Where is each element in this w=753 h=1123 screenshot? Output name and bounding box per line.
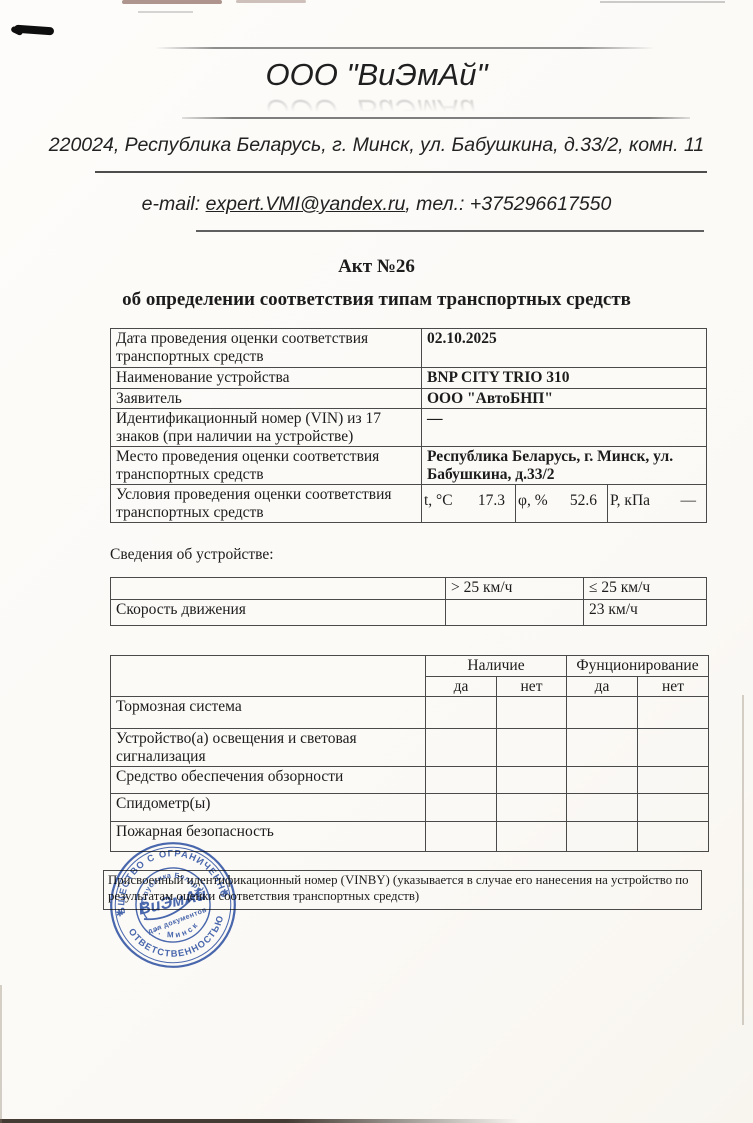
condition-value: 17.3 bbox=[478, 492, 505, 510]
stamp-star-right: ✱ bbox=[221, 887, 230, 898]
sub-header: да bbox=[426, 676, 497, 697]
details-table: Дата проведения оценки соответствия тран… bbox=[110, 328, 707, 523]
company-address: 220024, Республика Беларусь, г. Минск, у… bbox=[0, 134, 753, 157]
scan-edge-artifact bbox=[0, 985, 2, 1123]
company-name: ООО "ВиЭмАй" bbox=[0, 57, 753, 93]
table-row: Наименование устройства BNP CITY TRIO 31… bbox=[111, 368, 707, 389]
company-name-reflection: ООО "ВиЭмАй" bbox=[0, 92, 753, 128]
checklist-item: Спидометр(ы) bbox=[111, 794, 426, 822]
cell-empty bbox=[111, 578, 446, 600]
cell-label: Место проведения оценки соответствия тра… bbox=[111, 447, 422, 485]
condition-cell: Р, кПа— bbox=[608, 485, 707, 523]
cell-empty bbox=[567, 729, 638, 767]
cell-header: > 25 км/ч bbox=[446, 578, 584, 600]
cell-value: — bbox=[422, 409, 707, 447]
checklist-item: Устройство(а) освещения и световая сигна… bbox=[111, 729, 426, 767]
cell-value: 02.10.2025 bbox=[422, 329, 707, 368]
table-row: Средство обеспечения обзорности bbox=[111, 767, 709, 794]
cell-value bbox=[446, 600, 584, 626]
sub-header: нет bbox=[638, 676, 709, 697]
checklist-item: Тормозная система bbox=[111, 697, 426, 729]
cell-empty bbox=[638, 767, 709, 794]
cell-empty bbox=[638, 794, 709, 822]
company-stamp: ОБЩЕСТВО С ОГРАНИЧЕННОЙ ОТВЕТСТВЕННОСТЬЮ… bbox=[97, 829, 249, 981]
cell-header: ≤ 25 км/ч bbox=[584, 578, 707, 600]
table-row: Дата проведения оценки соответствия тран… bbox=[111, 329, 707, 368]
cell-label: Наименование устройства bbox=[111, 368, 422, 389]
table-row: Спидометр(ы) bbox=[111, 794, 709, 822]
table-row: Устройство(а) освещения и световая сигна… bbox=[111, 729, 709, 767]
cell-label: Заявитель bbox=[111, 388, 422, 409]
cell-empty bbox=[638, 729, 709, 767]
cell-empty bbox=[426, 729, 497, 767]
cell-empty bbox=[638, 822, 709, 852]
scan-edge-artifact bbox=[138, 11, 193, 13]
contact-line: e-mail: expert.VMI@yandex.ru, тел.: +375… bbox=[0, 193, 753, 216]
group-header: Фунционирование bbox=[567, 656, 709, 677]
table-row: Условия проведения оценки соответствия т… bbox=[111, 485, 707, 523]
cell-value: ООО "АвтоБНП" bbox=[422, 388, 707, 409]
cell-label: Дата проведения оценки соответствия тран… bbox=[111, 329, 422, 368]
checklist-table: Наличие Фунционирование да нет да нет То… bbox=[110, 655, 709, 852]
stamp-star-left: ✱ bbox=[115, 908, 124, 919]
cell-empty bbox=[567, 822, 638, 852]
cell-empty bbox=[426, 697, 497, 729]
scan-edge-artifact bbox=[600, 1, 725, 3]
cell-empty bbox=[497, 729, 567, 767]
table-row: Место проведения оценки соответствия тра… bbox=[111, 447, 707, 485]
cell-empty bbox=[497, 767, 567, 794]
divider bbox=[155, 47, 655, 49]
group-header: Наличие bbox=[426, 656, 567, 677]
cell-empty bbox=[426, 767, 497, 794]
condition-cell: φ, %52.6 bbox=[516, 485, 608, 523]
cell-empty bbox=[426, 794, 497, 822]
cell-empty bbox=[497, 697, 567, 729]
checklist-item: Средство обеспечения обзорности bbox=[111, 767, 426, 794]
scan-edge-artifact bbox=[0, 1119, 520, 1123]
condition-param: Р, кПа bbox=[610, 492, 650, 510]
cell-empty bbox=[567, 794, 638, 822]
table-row: > 25 км/ч ≤ 25 км/ч bbox=[111, 578, 707, 600]
condition-value: — bbox=[681, 492, 697, 510]
cell-empty bbox=[426, 822, 497, 852]
phone-number: , тел.: +375296617550 bbox=[405, 193, 611, 215]
table-row: Наличие Фунционирование bbox=[111, 656, 709, 677]
condition-cell: t, °C17.3 bbox=[422, 485, 516, 523]
cell-empty bbox=[567, 767, 638, 794]
email-label: e-mail: bbox=[142, 193, 206, 215]
table-row: Идентификационный номер (VIN) из 17 знак… bbox=[111, 409, 707, 447]
cell-value: BNP CITY TRIO 310 bbox=[422, 368, 707, 389]
condition-value: 52.6 bbox=[570, 492, 597, 510]
cell-value: 23 км/ч bbox=[584, 600, 707, 626]
cell-empty bbox=[567, 697, 638, 729]
scanned-document-page: ООО "ВиЭмАй" ООО "ВиЭмАй" 220024, Респуб… bbox=[0, 0, 753, 1123]
cell-label: Идентификационный номер (VIN) из 17 знак… bbox=[111, 409, 422, 447]
divider bbox=[182, 117, 690, 119]
condition-param: φ, % bbox=[518, 492, 548, 510]
scan-mark-artifact bbox=[14, 25, 54, 36]
scan-edge-artifact bbox=[122, 0, 222, 4]
device-info-heading: Сведения об устройстве: bbox=[110, 546, 274, 564]
speed-table: > 25 км/ч ≤ 25 км/ч Скорость движения 23… bbox=[110, 577, 707, 626]
document-subtitle: об определении соответствия типам трансп… bbox=[0, 289, 753, 311]
table-row: Тормозная система bbox=[111, 697, 709, 729]
divider bbox=[196, 230, 704, 232]
cell-empty bbox=[497, 794, 567, 822]
sub-header: нет bbox=[497, 676, 567, 697]
scan-edge-artifact bbox=[742, 695, 744, 1025]
cell-empty bbox=[497, 822, 567, 852]
table-row: Заявитель ООО "АвтоБНП" bbox=[111, 388, 707, 409]
cell-label: Скорость движения bbox=[111, 600, 446, 626]
cell-value: Республика Беларусь, г. Минск, ул. Бабуш… bbox=[422, 447, 707, 485]
divider bbox=[95, 171, 707, 173]
email-address: expert.VMI@yandex.ru bbox=[206, 193, 406, 215]
cell-empty bbox=[111, 656, 426, 697]
condition-param: t, °C bbox=[424, 492, 453, 510]
sub-header: да bbox=[567, 676, 638, 697]
scan-edge-artifact bbox=[236, 0, 306, 3]
table-row: Скорость движения 23 км/ч bbox=[111, 600, 707, 626]
document-title: Акт №26 bbox=[0, 256, 753, 278]
cell-label: Условия проведения оценки соответствия т… bbox=[111, 485, 422, 523]
cell-empty bbox=[638, 697, 709, 729]
